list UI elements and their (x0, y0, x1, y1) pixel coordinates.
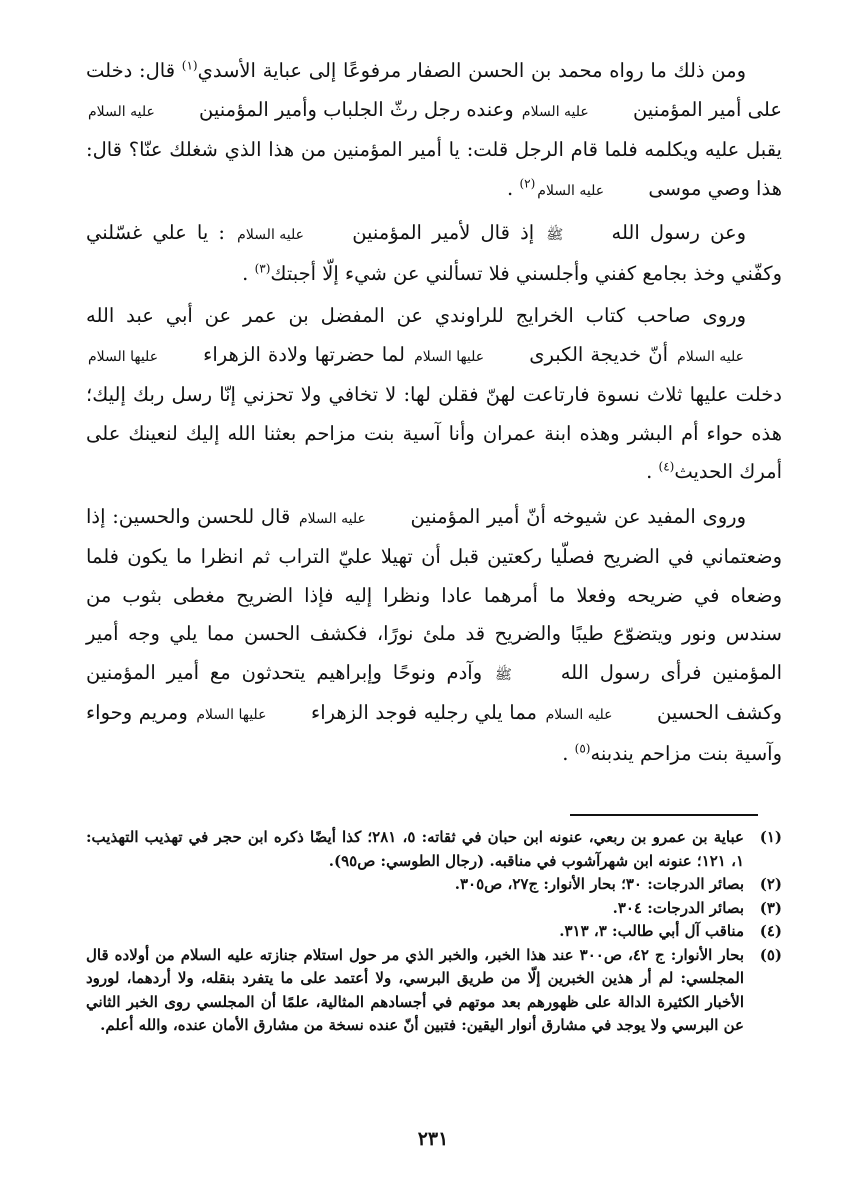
paragraph-3: وروى صاحب كتاب الخرايج للراوندي عن المفض… (86, 297, 782, 492)
footnote-text: بحار الأنوار: ج ٤٢، ص٣٠٠ عند هذا الخبر، … (86, 944, 744, 1038)
footnote-number: (٢) (744, 873, 782, 897)
footnote-5: (٥) بحار الأنوار: ج ٤٢، ص٣٠٠ عند هذا الخ… (86, 944, 782, 1038)
honorific-ligature-icon: عليه السلام (86, 93, 193, 132)
paragraph-4: وروى المفيد عن شيوخه أنّ أمير المؤمنين ع… (86, 498, 782, 774)
page-number: ٢٣١ (0, 1128, 866, 1150)
honorific-ligature-icon: عليه السلام (535, 172, 642, 211)
main-text: ومن ذلك ما رواه محمد بن الحسن الصفار مرف… (86, 52, 782, 773)
paragraph-2: وعن رسول الله ﷺ إذ قال لأمير المؤمنين عل… (86, 214, 782, 293)
footnote-ref: (١) (182, 59, 198, 73)
honorific-ligature-icon: عليه السلام (297, 500, 404, 539)
footnote-number: (٤) (744, 920, 782, 944)
honorific-ligature-icon: عليه السلام (520, 93, 627, 132)
paragraph-1: ومن ذلك ما رواه محمد بن الحسن الصفار مرف… (86, 52, 782, 210)
footnote-text: عباية بن عمرو بن ربعي، عنونه ابن حبان في… (86, 826, 744, 873)
footnote-text: مناقب آل أبي طالب: ٣، ٣١٣. (86, 920, 744, 944)
footnote-separator (570, 814, 758, 816)
footnote-text: بصائر الدرجات: ٣٠٤. (86, 897, 744, 921)
honorific-ligature-icon: عليه السلام (235, 216, 342, 255)
honorific-ligature-icon: عليه السلام (675, 338, 782, 377)
honorific-ligature-icon: ﷺ (544, 216, 601, 255)
honorific-ligature-icon: عليها السلام (86, 338, 196, 377)
book-page: ومن ذلك ما رواه محمد بن الحسن الصفار مرف… (86, 52, 782, 779)
footnote-2: (٢) بصائر الدرجات: ٣٠؛ بحار الأنوار: ج٢٧… (86, 873, 782, 897)
footnote-ref: (٤) (659, 460, 675, 474)
honorific-ligature-icon: ﷺ (493, 656, 550, 695)
footnote-ref: (٣) (255, 261, 271, 275)
footnote-number: (١) (744, 826, 782, 850)
footnote-1: (١) عباية بن عمرو بن ربعي، عنونه ابن حبا… (86, 826, 782, 873)
footnotes: (١) عباية بن عمرو بن ربعي، عنونه ابن حبا… (86, 826, 782, 1038)
honorific-ligature-icon: عليها السلام (194, 696, 304, 735)
footnote-ref: (٥) (575, 741, 591, 755)
footnote-number: (٣) (744, 897, 782, 921)
honorific-ligature-icon: عليه السلام (544, 696, 651, 735)
honorific-ligature-icon: عليها السلام (412, 338, 522, 377)
footnote-ref: (٢) (519, 176, 535, 190)
footnote-number: (٥) (744, 944, 782, 968)
footnote-text: بصائر الدرجات: ٣٠؛ بحار الأنوار: ج٢٧، ص٣… (86, 873, 744, 897)
footnote-3: (٣) بصائر الدرجات: ٣٠٤. (86, 897, 782, 921)
footnote-4: (٤) مناقب آل أبي طالب: ٣، ٣١٣. (86, 920, 782, 944)
